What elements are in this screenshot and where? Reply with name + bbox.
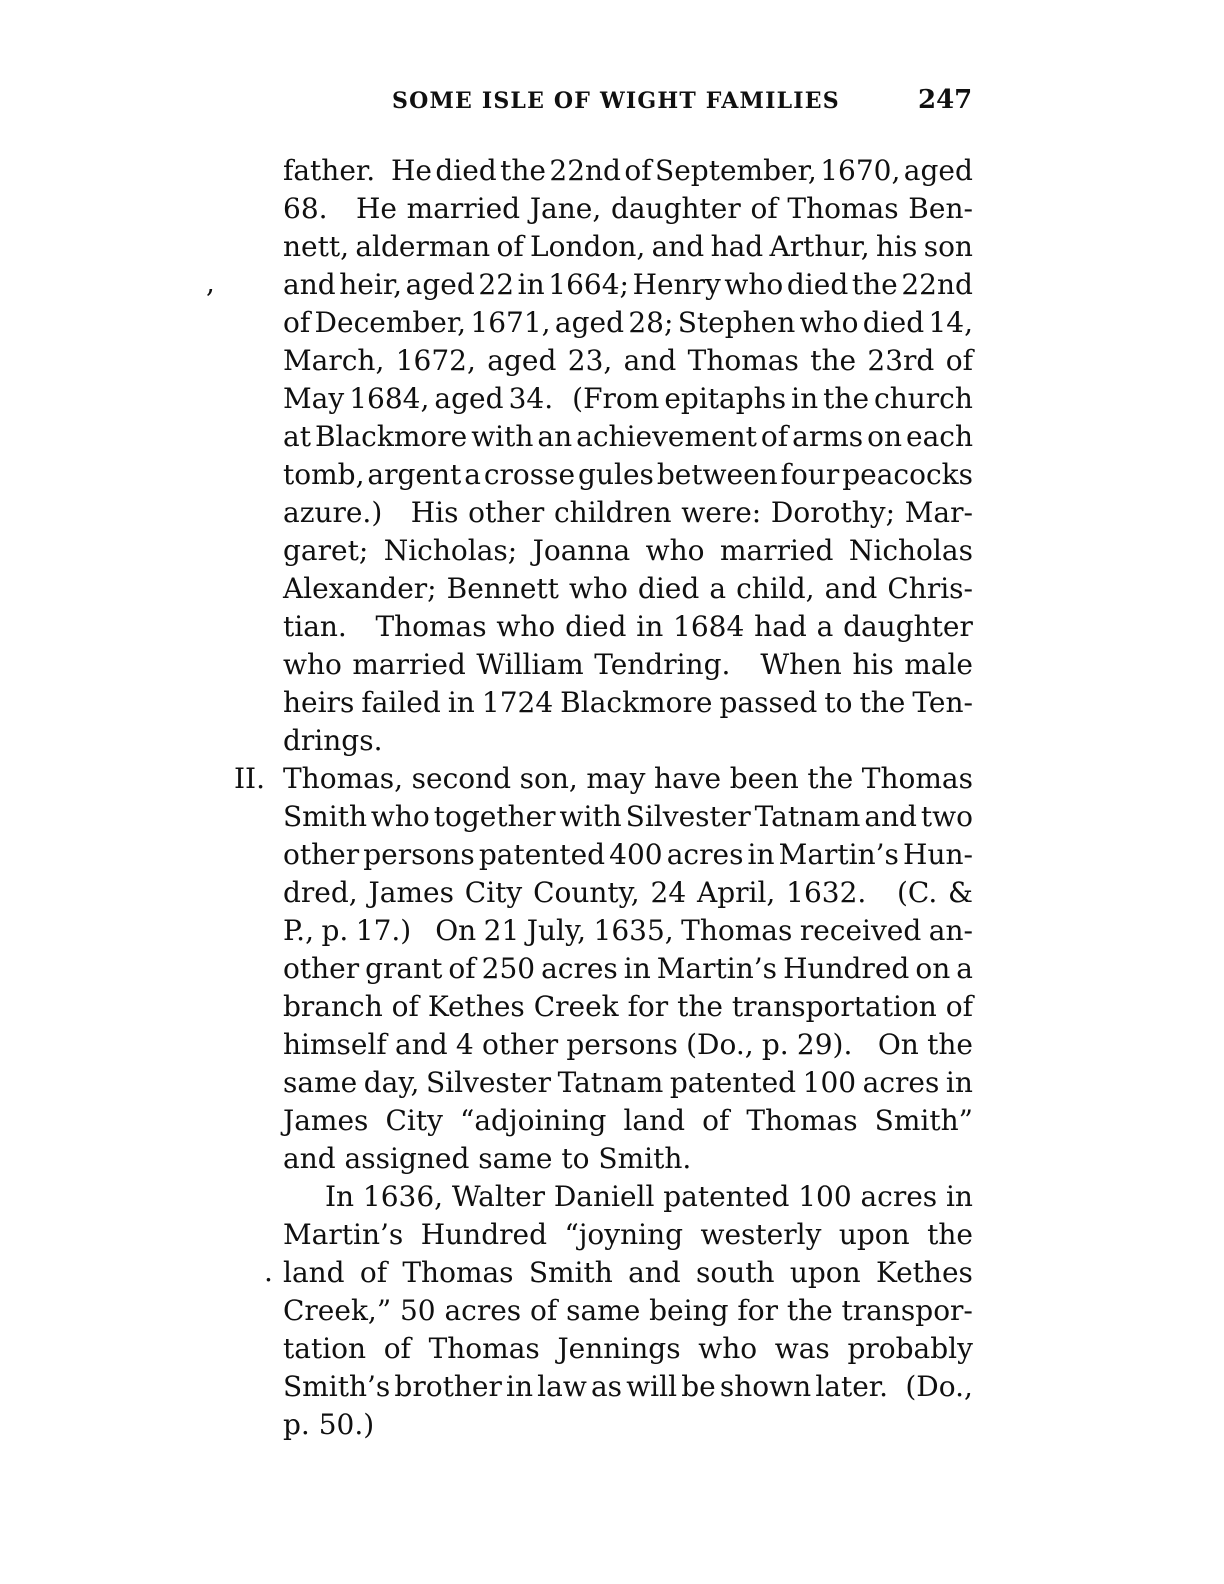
word: of xyxy=(360,1254,387,1292)
sentence-space xyxy=(892,1368,901,1406)
text-line: May1684,aged34.(Fromepitaphsinthechurch xyxy=(283,380,973,418)
word: of xyxy=(384,1330,411,1368)
word: in xyxy=(946,1064,973,1102)
word: died xyxy=(863,304,924,342)
word: in xyxy=(946,1178,973,1216)
word: Hun- xyxy=(903,836,973,874)
running-head-title: SOME ISLE OF WIGHT FAMILIES xyxy=(392,88,840,114)
book-page: SOME ISLE OF WIGHT FAMILIES 247 father.H… xyxy=(0,0,1224,1584)
word: 17.) xyxy=(356,912,411,950)
word: peacocks xyxy=(842,456,973,494)
word: 1672, xyxy=(396,342,476,380)
sentence-space xyxy=(357,608,366,646)
word: who xyxy=(283,646,342,684)
word: father. xyxy=(283,152,375,190)
text-line: atBlackmorewithanachievementofarmsoneach xyxy=(283,418,973,456)
word: of xyxy=(946,988,973,1026)
word: in xyxy=(448,684,475,722)
word: persons xyxy=(566,1026,678,1064)
word: City xyxy=(385,1102,442,1140)
word: were: xyxy=(681,494,761,532)
word: patented xyxy=(663,1178,789,1216)
word: and xyxy=(864,798,917,836)
word: aged xyxy=(487,342,556,380)
word: Thomas xyxy=(681,912,792,950)
word: of xyxy=(946,342,973,380)
word: of xyxy=(530,1292,557,1330)
text-line: othergrantof250acresinMartin’sHundredona xyxy=(283,950,973,988)
word: of xyxy=(750,190,777,228)
page-number: 247 xyxy=(918,85,972,115)
word: who xyxy=(646,532,705,570)
word: Thomas xyxy=(862,760,973,798)
sentence-space xyxy=(741,646,750,684)
text-line: Martin’sHundred“joyningwesterlyuponthe xyxy=(283,1216,973,1254)
text-line: azure.)Hisotherchildrenwere:Dorothy;Mar- xyxy=(283,494,973,532)
word: two xyxy=(921,798,973,836)
word: failed xyxy=(361,684,440,722)
text-line: sameday,SilvesterTatnampatented100acresi… xyxy=(283,1064,973,1102)
word: epitaphs xyxy=(664,380,786,418)
text-line: father.Hediedthe22ndofSeptember,1670,age… xyxy=(283,152,973,190)
text-line: and assigned same to Smith. xyxy=(283,1140,973,1178)
word: acres xyxy=(541,950,618,988)
word: 100 xyxy=(803,1064,856,1102)
text-line: JamesCity“adjoininglandofThomasSmith” xyxy=(283,1102,973,1140)
word: branch xyxy=(283,988,383,1026)
word: Thomas xyxy=(402,1254,513,1292)
word: be xyxy=(681,1368,716,1406)
word: land xyxy=(283,1254,345,1292)
word: Joanna xyxy=(533,532,631,570)
word: Kethes xyxy=(876,1254,973,1292)
word: 34. xyxy=(509,380,554,418)
word: James xyxy=(369,874,454,912)
word: 1684 xyxy=(673,608,744,646)
word: who xyxy=(371,798,430,836)
word: heir, xyxy=(339,266,402,304)
word: at xyxy=(283,418,311,456)
text-line: landofThomasSmithandsouthuponKethes xyxy=(283,1254,973,1292)
word: 100 xyxy=(798,1178,851,1216)
word: Thomas xyxy=(429,1330,540,1368)
word: Nicholas xyxy=(849,532,973,570)
word: achievement xyxy=(576,418,757,456)
word: 400 xyxy=(609,836,662,874)
word: Silvester xyxy=(426,1064,551,1102)
word: being xyxy=(649,1292,728,1330)
text-block: father.Hediedthe22ndofSeptember,1670,age… xyxy=(283,152,973,1444)
word: of xyxy=(702,1102,729,1140)
word: Jane, xyxy=(530,190,601,228)
word: “adjoining xyxy=(460,1102,606,1140)
text-line: Smith’sbrotherinlawaswillbeshownlater.(D… xyxy=(283,1368,973,1406)
word: and xyxy=(628,1254,681,1292)
text-line: garet;Nicholas;JoannawhomarriedNicholas xyxy=(283,532,973,570)
text-line: P.,p.17.)On21July,1635,Thomasreceivedan- xyxy=(283,912,973,950)
word: to xyxy=(824,684,852,722)
scan-speck: . xyxy=(264,1253,273,1291)
word: acres xyxy=(444,1292,521,1330)
word: with xyxy=(471,418,533,456)
word: (C. xyxy=(897,874,937,912)
word: tation xyxy=(283,1330,366,1368)
sentence-space xyxy=(392,494,401,532)
word: in xyxy=(636,608,663,646)
word: Smith xyxy=(283,798,367,836)
word: In xyxy=(325,1178,354,1216)
word: been xyxy=(730,760,799,798)
sentence-space xyxy=(379,152,388,190)
word: acres xyxy=(863,1064,940,1102)
word: tomb, xyxy=(283,456,364,494)
word: and xyxy=(283,266,336,304)
word: p. xyxy=(762,1026,789,1064)
word: grant xyxy=(365,950,442,988)
word: was xyxy=(775,1330,830,1368)
word: Thomas, xyxy=(283,760,403,798)
word: Hundred xyxy=(783,950,909,988)
word: probably xyxy=(847,1330,972,1368)
word: alderman xyxy=(355,228,490,266)
word: married xyxy=(720,532,833,570)
word: London, xyxy=(530,228,645,266)
word: who xyxy=(569,570,628,608)
text-line: heirsfailedin1724BlackmorepassedtotheTen… xyxy=(283,684,973,722)
word: the xyxy=(810,342,856,380)
text-line: Alexander;Bennettwhodiedachild,andChris- xyxy=(283,570,973,608)
word: 1684, xyxy=(349,380,429,418)
word: for xyxy=(628,988,669,1026)
word: “joyning xyxy=(564,1216,683,1254)
word: the xyxy=(823,380,869,418)
word: Arthur, xyxy=(770,228,870,266)
word: arms xyxy=(792,418,863,456)
sentence-space xyxy=(419,912,428,950)
word: with xyxy=(560,798,622,836)
word: and xyxy=(652,228,705,266)
word: 23, xyxy=(568,342,613,380)
word: 22nd xyxy=(549,152,621,190)
word: other xyxy=(468,494,544,532)
word: Thomas xyxy=(688,342,799,380)
word: other xyxy=(283,836,359,874)
word: Martin’s xyxy=(779,836,899,874)
word: heirs xyxy=(283,684,354,722)
word: in xyxy=(624,950,651,988)
word: aged xyxy=(904,152,973,190)
word: passed xyxy=(719,684,817,722)
word: died xyxy=(565,608,626,646)
word: Hundred xyxy=(421,1216,547,1254)
text-line: Creek,”50acresofsamebeingforthetranspor- xyxy=(283,1292,973,1330)
word: December, xyxy=(315,304,467,342)
word: 50 xyxy=(400,1292,436,1330)
word: Blackmore xyxy=(560,684,712,722)
paragraph-1: father.Hediedthe22ndofSeptember,1670,age… xyxy=(283,152,973,760)
word: the xyxy=(859,684,905,722)
word: the xyxy=(677,988,723,1026)
word: same xyxy=(283,1064,357,1102)
text-line: nett,aldermanofLondon,andhadArthur,hisso… xyxy=(283,228,973,266)
text-line: otherpersonspatented400acresinMartin’sHu… xyxy=(283,836,973,874)
word: and xyxy=(825,570,878,608)
word: male xyxy=(904,646,973,684)
word: of xyxy=(392,988,419,1026)
word: 24 xyxy=(651,874,687,912)
word: He xyxy=(391,152,432,190)
word: When xyxy=(760,646,841,684)
word: received xyxy=(800,912,921,950)
word: 14, xyxy=(928,304,973,342)
word: died xyxy=(787,266,848,304)
word: for xyxy=(737,1292,778,1330)
word: March, xyxy=(283,342,384,380)
word: Smith’s xyxy=(283,1368,390,1406)
paragraph-2: Thomas,secondson,mayhavebeentheThomasII.… xyxy=(283,760,973,1178)
word: the xyxy=(807,760,853,798)
word: 1636, xyxy=(363,1178,443,1216)
word: the xyxy=(927,1026,973,1064)
word: Mar- xyxy=(905,494,973,532)
text-line: andheir,aged22in1664;Henrywhodiedthe22nd xyxy=(283,266,973,304)
word: 68. xyxy=(283,190,328,228)
word: 23rd xyxy=(867,342,934,380)
word: a xyxy=(464,456,481,494)
word: p. xyxy=(321,912,348,950)
word: and xyxy=(624,342,677,380)
word: transportation xyxy=(732,988,937,1026)
text-line: In1636,WalterDaniellpatented100acresin xyxy=(283,1178,973,1216)
word: between xyxy=(657,456,778,494)
text-line: March,1672,aged23,andThomasthe23rdof xyxy=(283,342,973,380)
word: four xyxy=(781,456,840,494)
word: Ben- xyxy=(908,190,973,228)
text-line: branchofKethesCreekforthetransportationo… xyxy=(283,988,973,1026)
word: of xyxy=(496,228,523,266)
word: Chris- xyxy=(887,570,973,608)
word: (Do., xyxy=(905,1368,973,1406)
word: Thomas xyxy=(787,190,898,228)
word: daughter xyxy=(611,190,741,228)
word: Bennett xyxy=(447,570,559,608)
word: On xyxy=(435,912,476,950)
sentence-space xyxy=(337,190,346,228)
word: who xyxy=(496,608,555,646)
word: on xyxy=(867,418,902,456)
word: an xyxy=(537,418,572,456)
word: 250 xyxy=(482,950,535,988)
word: crosse xyxy=(484,456,575,494)
word: Tatnam xyxy=(755,798,861,836)
word: child, xyxy=(736,570,814,608)
word: died xyxy=(435,152,496,190)
word: July, xyxy=(527,912,586,950)
word: (Do., xyxy=(686,1026,754,1064)
text-line: 68.HemarriedJane,daughterofThomasBen- xyxy=(283,190,973,228)
word: aged xyxy=(555,304,624,342)
word: same xyxy=(566,1292,640,1330)
text-line: SmithwhotogetherwithSilvesterTatnamandtw… xyxy=(283,798,973,836)
word: a xyxy=(956,950,973,988)
word: May xyxy=(283,380,344,418)
word: He xyxy=(356,190,397,228)
word: later. xyxy=(815,1368,888,1406)
word: in xyxy=(748,836,775,874)
word: other xyxy=(283,950,359,988)
word: April, xyxy=(697,874,775,912)
word: Ten- xyxy=(912,684,973,722)
word: a xyxy=(709,570,726,608)
word: will xyxy=(626,1368,677,1406)
text-line: drings. xyxy=(283,722,973,760)
word: had xyxy=(711,228,764,266)
word: shown xyxy=(720,1368,811,1406)
word: Tendring. xyxy=(594,646,730,684)
word: church xyxy=(874,380,973,418)
word: acres xyxy=(860,1178,937,1216)
word: the xyxy=(852,266,898,304)
word: acres xyxy=(667,836,744,874)
word: daughter xyxy=(843,608,973,646)
word: Tatnam xyxy=(558,1064,664,1102)
word: together xyxy=(434,798,556,836)
word: 1632. xyxy=(786,874,866,912)
word: the xyxy=(500,152,546,190)
text-line: whomarriedWilliamTendring.Whenhismale xyxy=(283,646,973,684)
word: Thomas xyxy=(746,1102,857,1140)
word: Smith xyxy=(529,1254,613,1292)
word: brother xyxy=(394,1368,501,1406)
word: in xyxy=(791,380,818,418)
word: On xyxy=(878,1026,919,1064)
sentence-space xyxy=(877,874,886,912)
word: of xyxy=(761,418,788,456)
word: of xyxy=(283,304,310,342)
word: 22 xyxy=(478,266,514,304)
word: land xyxy=(623,1102,685,1140)
word: persons xyxy=(363,836,475,874)
scan-speck: , xyxy=(206,264,215,302)
text-line: ofDecember,1671,aged28;Stephenwhodied14, xyxy=(283,304,973,342)
word: died xyxy=(638,570,699,608)
word: argent xyxy=(367,456,461,494)
word: (From xyxy=(572,380,659,418)
word: who xyxy=(724,266,783,304)
text-line: himselfand4otherpersons(Do.,p.29).Onthe xyxy=(283,1026,973,1064)
word: south xyxy=(696,1254,775,1292)
word: gules xyxy=(578,456,654,494)
word: Jennings xyxy=(557,1330,680,1368)
word: law xyxy=(537,1368,587,1406)
word: the xyxy=(927,1216,973,1254)
word: Dorothy; xyxy=(771,494,895,532)
sentence-space xyxy=(558,380,567,418)
word: Stephen xyxy=(678,304,796,342)
text-line: tian.Thomaswhodiedin1684hadadaughter xyxy=(283,608,973,646)
word: 29). xyxy=(797,1026,852,1064)
sentence-space xyxy=(861,1026,870,1064)
word: Creek xyxy=(534,988,619,1026)
word: Blackmore xyxy=(315,418,467,456)
word: himself xyxy=(283,1026,387,1064)
word: 28; xyxy=(628,304,673,342)
paragraph-3: In1636,WalterDaniellpatented100acresinMa… xyxy=(283,1178,973,1444)
word: William xyxy=(476,646,583,684)
word: married xyxy=(352,646,465,684)
text-line: dred,JamesCityCounty,24April,1632.(C.& xyxy=(283,874,973,912)
text-line: Thomas,secondson,mayhavebeentheThomasII. xyxy=(283,760,973,798)
word: upon xyxy=(790,1254,861,1292)
word: the xyxy=(787,1292,833,1330)
word: 4 xyxy=(456,1026,474,1064)
word: second xyxy=(412,760,511,798)
word: Alexander; xyxy=(283,570,437,608)
word: 1671, xyxy=(470,304,550,342)
word: 1724 xyxy=(482,684,553,722)
word: his xyxy=(876,228,917,266)
word: Henry xyxy=(633,266,721,304)
word: other xyxy=(482,1026,558,1064)
word: garet; xyxy=(283,532,368,570)
word: City xyxy=(465,874,522,912)
word: and xyxy=(395,1026,448,1064)
word: 1664; xyxy=(548,266,629,304)
word: Silvester xyxy=(626,798,751,836)
word: patented xyxy=(670,1064,796,1102)
text-line: p. 50.) xyxy=(283,1406,973,1444)
word: aged xyxy=(434,380,503,418)
word: James xyxy=(283,1102,368,1140)
word: nett, xyxy=(283,228,349,266)
word: Daniell xyxy=(554,1178,655,1216)
word: westerly xyxy=(701,1216,822,1254)
word: who xyxy=(698,1330,757,1368)
word: patented xyxy=(479,836,605,874)
word: an- xyxy=(929,912,973,950)
word: have xyxy=(654,760,721,798)
word: each xyxy=(906,418,973,456)
word: who xyxy=(800,304,859,342)
text-line: tationofThomasJenningswhowasprobably xyxy=(283,1330,973,1368)
word: Thomas xyxy=(375,608,486,646)
word: Walter xyxy=(452,1178,545,1216)
word: aged xyxy=(406,266,475,304)
word: County, xyxy=(533,874,640,912)
word: of xyxy=(448,950,475,988)
word: 21 xyxy=(484,912,520,950)
word: 1635, xyxy=(594,912,674,950)
word: in xyxy=(506,1368,533,1406)
word: transpor- xyxy=(842,1292,973,1330)
word: day, xyxy=(364,1064,420,1102)
word: his xyxy=(852,646,893,684)
word: on xyxy=(915,950,950,988)
word: as xyxy=(591,1368,622,1406)
word: of xyxy=(624,152,651,190)
word: Martin’s xyxy=(657,950,777,988)
word: married xyxy=(407,190,520,228)
word: son xyxy=(924,228,973,266)
word: a xyxy=(817,608,834,646)
word: tian. xyxy=(283,608,347,646)
word: children xyxy=(554,494,672,532)
word: September, xyxy=(655,152,817,190)
word: His xyxy=(411,494,459,532)
word: 1670, xyxy=(820,152,900,190)
word: had xyxy=(754,608,807,646)
word: dred, xyxy=(283,874,358,912)
